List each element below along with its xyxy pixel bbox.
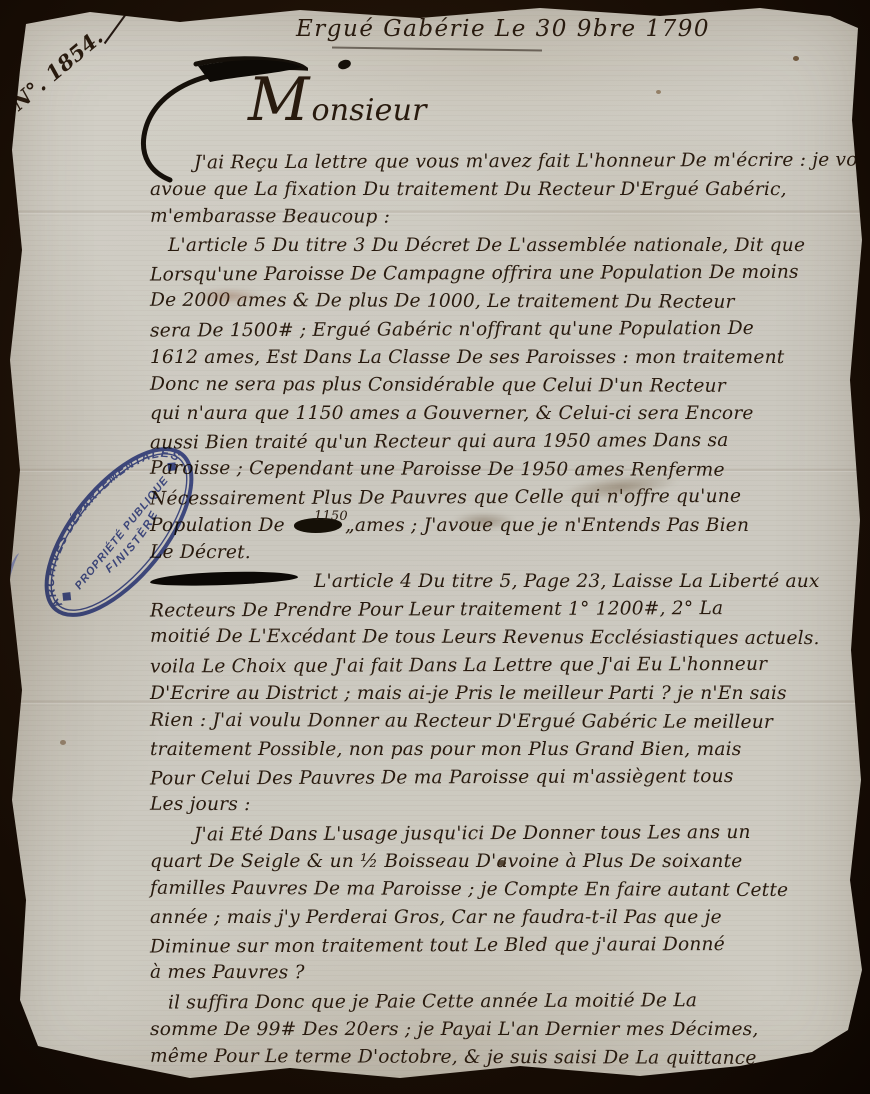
letter-line: D'Ecrire au District ; mais ai-je Pris l… bbox=[150, 680, 852, 708]
letter-line: aussi Bien traité qu'un Recteur qui aura… bbox=[150, 426, 852, 457]
ink-spot bbox=[793, 56, 799, 61]
letter-line: somme De 99# Des 20ers ; je Payai L'an D… bbox=[150, 1016, 852, 1044]
letter-line: L'article 4 Du titre 5, Page 23, Laisse … bbox=[150, 568, 852, 596]
ink-smudge bbox=[452, 512, 516, 530]
archive-number-slash bbox=[104, 0, 155, 44]
archives-stamp: ARCHIVES DÉPARTEMENTALES PROPRIÉTÉ PUBLI… bbox=[12, 420, 227, 645]
salutation-rest: onsieur bbox=[311, 93, 426, 128]
letter-line: L'article 5 Du titre 3 Du Décret De L'as… bbox=[168, 232, 852, 260]
archive-number-text: N°. 1854. bbox=[6, 24, 108, 115]
letter-line: année ; mais j'y Perderai Gros, Car ne f… bbox=[150, 904, 852, 932]
stamp-ornament bbox=[167, 462, 176, 471]
letter-line: Nécessairement Plus De Pauvres que Celle… bbox=[150, 482, 852, 513]
letter-line: moitié De L'Excédant De tous Leurs Reven… bbox=[150, 623, 852, 653]
photo-background: N°. 1854. Ergué Gabérie Le 30 9bre 1790 … bbox=[0, 0, 870, 1094]
letter-line: Donc ne sera pas plus Considérable que C… bbox=[150, 371, 852, 401]
letter-line: m'embarasse Beaucoup : bbox=[150, 203, 852, 233]
svg-text:PROPRIÉTÉ PUBLIQUE: PROPRIÉTÉ PUBLIQUE bbox=[72, 474, 171, 592]
interline-correction: 1150 bbox=[314, 503, 348, 531]
letter-line: J'ai Reçu La lettre que vous m'avez fait… bbox=[194, 147, 852, 178]
letter-line: à mes Pauvres ? bbox=[150, 959, 852, 989]
letter-line: Rien : J'ai voulu Donner au Recteur D'Er… bbox=[150, 707, 852, 737]
ink-spot bbox=[656, 90, 661, 94]
letter-line: Pour Celui Des Pauvres De ma Paroisse qu… bbox=[150, 762, 852, 793]
letter-body: J'ai Reçu La lettre que vous m'avez fait… bbox=[150, 148, 852, 1072]
ink-blot-correction: 1150 bbox=[294, 518, 342, 533]
letter-line: J'ai Eté Dans L'usage jusqu'ici De Donne… bbox=[194, 819, 852, 850]
letter-line: sera De 1500# ; Ergué Gabéric n'offrant … bbox=[150, 314, 852, 345]
letter-line: même Pour Le terme D'octobre, & je suis … bbox=[150, 1043, 852, 1073]
letter-line: Recteurs De Prendre Pour Leur traitement… bbox=[150, 594, 852, 625]
letter-line: Le Décret. bbox=[150, 539, 852, 569]
ink-spot bbox=[60, 740, 66, 745]
salutation: Monsieur bbox=[248, 80, 427, 128]
dateline: Ergué Gabérie Le 30 9bre 1790 bbox=[296, 16, 710, 42]
ink-spot bbox=[498, 860, 506, 866]
letter-line: Paroisse ; Cependant une Paroisse De 195… bbox=[150, 455, 852, 485]
letter-line: familles Pauvres De ma Paroisse ; je Com… bbox=[150, 875, 852, 905]
letter-line: qui n'aura que 1150 ames a Gouverner, & … bbox=[150, 400, 852, 428]
stamp-text-middle: PROPRIÉTÉ PUBLIQUE bbox=[72, 474, 171, 592]
letter-line: voila Le Choix que J'ai fait Dans La Let… bbox=[150, 650, 852, 681]
salutation-initial: M bbox=[248, 65, 311, 135]
ink-spot bbox=[337, 58, 352, 71]
dateline-flourish bbox=[332, 47, 542, 52]
letter-line: Diminue sur mon traitement tout Le Bled … bbox=[150, 930, 852, 961]
letter-line: Lorsqu'une Paroisse De Campagne offrira … bbox=[150, 258, 852, 289]
ink-smudge bbox=[192, 288, 264, 304]
letter-line: Les jours : bbox=[150, 791, 852, 821]
letter-line: traitement Possible, non pas pour mon Pl… bbox=[150, 736, 852, 764]
stamp-ornament bbox=[62, 592, 71, 601]
letter-line: avoue que La fixation Du traitement Du R… bbox=[150, 176, 852, 204]
letter-page: N°. 1854. Ergué Gabérie Le 30 9bre 1790 … bbox=[0, 0, 870, 1094]
letter-line: il suffira Donc que je Paie Cette année … bbox=[168, 987, 852, 1018]
letter-line: 1612 ames, Est Dans La Classe De ses Par… bbox=[150, 344, 852, 372]
